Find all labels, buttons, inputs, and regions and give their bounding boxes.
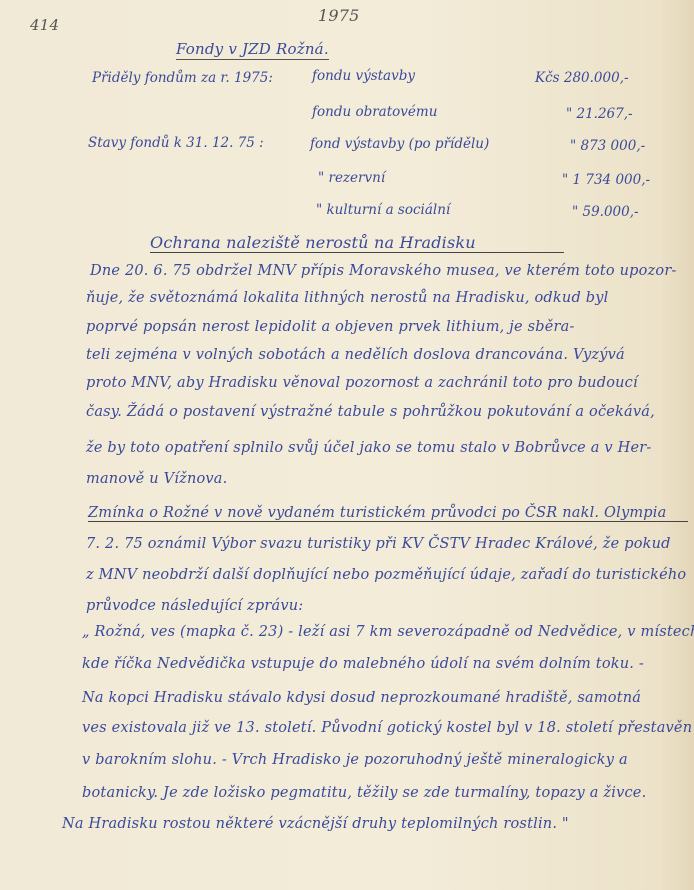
fund-name: fond výstavby (po přídělu) xyxy=(310,136,489,152)
fund-value: Kčs 280.000,- xyxy=(535,70,629,86)
fund-name: fondu výstavby xyxy=(312,68,415,84)
text-line: průvodce následující zprávu: xyxy=(86,598,303,614)
text-line: manově u Vížnova. xyxy=(86,471,227,487)
year-heading: 1975 xyxy=(318,6,360,25)
text-line: Na kopci Hradisku stávalo kdysi dosud ne… xyxy=(82,690,641,706)
text-line: proto MNV, aby Hradisku věnoval pozornos… xyxy=(86,375,638,391)
fund-value: " 873 000,- xyxy=(570,138,645,154)
fund-value: " 59.000,- xyxy=(572,204,639,220)
text-line: ňuje, že světoznámá lokalita lithných ne… xyxy=(86,290,608,306)
page-number: 414 xyxy=(30,16,59,34)
text-line: že by toto opatření splnilo svůj účel ja… xyxy=(86,440,652,456)
text-line: z MNV neobdrží další doplňující nebo poz… xyxy=(86,567,686,583)
fund-name: fondu obratovému xyxy=(312,104,437,120)
text-line: časy. Žádá o postavení výstražné tabule … xyxy=(86,404,655,420)
section-title-protection: Ochrana naleziště nerostů na Hradisku xyxy=(150,233,564,253)
text-line: v barokním slohu. - Vrch Hradisko je poz… xyxy=(82,752,628,768)
text-line: poprvé popsán nerost lepidolit a objeven… xyxy=(86,319,575,335)
text-line: ves existovala již ve 13. století. Původ… xyxy=(82,720,692,736)
text-line: Dne 20. 6. 75 obdržel MNV přípis Moravsk… xyxy=(90,263,677,279)
funds-heading: Fondy v JZD Rožná. xyxy=(176,40,329,60)
fund-name: " kulturní a sociální xyxy=(316,202,450,218)
text-line: „ Rožná, ves (mapka č. 23) - leží asi 7 … xyxy=(82,624,694,640)
section-title-mention: Zmínka o Rožné v nově vydaném turistické… xyxy=(88,505,688,522)
balance-label: Stavy fondů k 31. 12. 75 : xyxy=(88,135,264,151)
allocation-label: Přiděly fondům za r. 1975: xyxy=(92,70,273,86)
text-line: kde říčka Nedvědička vstupuje do malebné… xyxy=(82,656,644,672)
fund-name: " rezervní xyxy=(318,170,385,186)
chronicle-page: 414 1975 Fondy v JZD Rožná. Přiděly fond… xyxy=(0,0,694,890)
fund-value: " 21.267,- xyxy=(566,106,633,122)
text-line: teli zejména v volných sobotách a nedělí… xyxy=(86,347,625,363)
fund-value: " 1 734 000,- xyxy=(562,172,650,188)
text-line: Na Hradisku rostou některé vzácnější dru… xyxy=(62,816,569,832)
text-line: botanicky. Je zde ložisko pegmatitu, těž… xyxy=(82,785,646,801)
text-line: 7. 2. 75 oznámil Výbor svazu turistiky p… xyxy=(86,536,671,552)
